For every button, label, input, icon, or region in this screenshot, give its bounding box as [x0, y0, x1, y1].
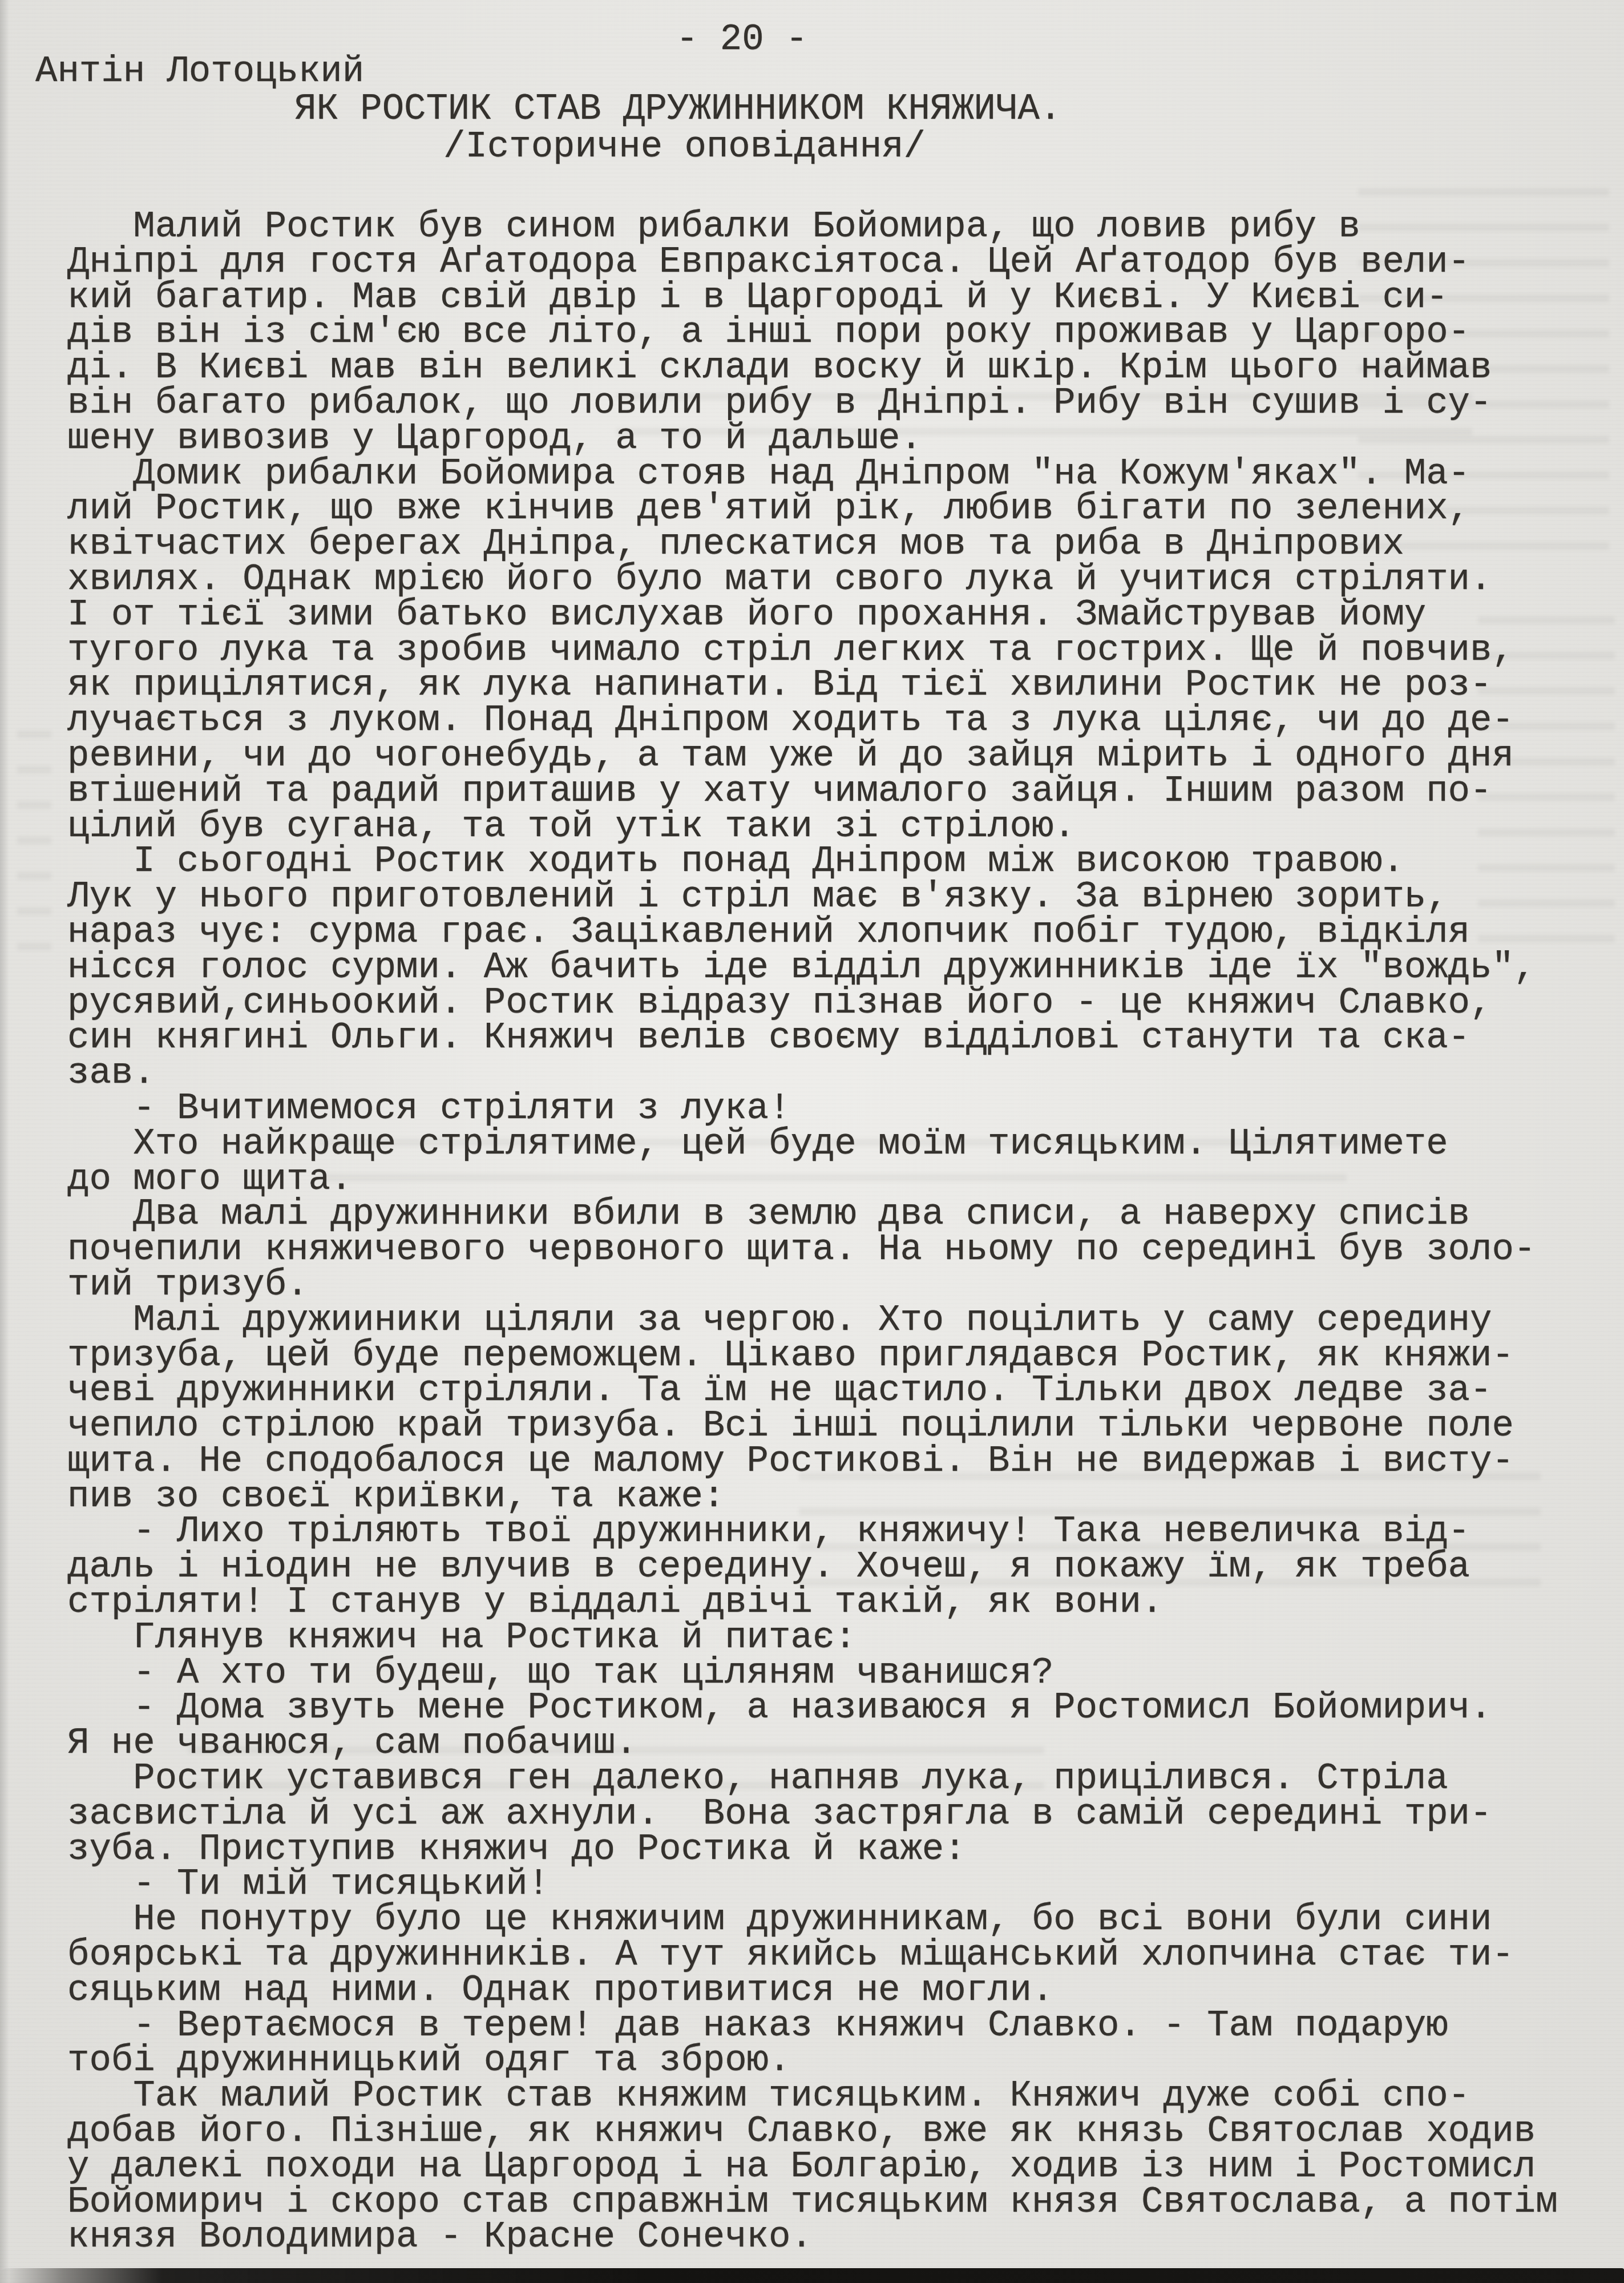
text-line: зуба. Приступив княжич до Ростика й каже…	[67, 1833, 1558, 1868]
story-subtitle: /Історичне оповідання/	[443, 130, 926, 166]
text-line: - Ти мій тисяцький!	[67, 1867, 1558, 1903]
text-line: князя Володимира - Красне Сонечко.	[67, 2220, 1558, 2256]
text-line: ді. В Києві мав він великі склади воску …	[67, 351, 1558, 386]
text-line: тобі дружинницький одяг та зброю.	[67, 2044, 1558, 2079]
text-line: тризуба, цей буде переможцем. Цікаво при…	[67, 1339, 1558, 1374]
text-line: Хто найкраще стрілятиме, цей буде моїм т…	[67, 1127, 1558, 1163]
text-line: хвилях. Однак мрією його було мати свого…	[67, 563, 1558, 598]
text-line: кий багатир. Мав свій двір і в Царгороді…	[67, 281, 1558, 316]
text-line: лий Ростик, що вже кінчив дев'ятий рік, …	[67, 492, 1558, 527]
bleedthrough-smudge	[17, 731, 51, 959]
text-line: дів він із сім'єю все літо, а інші пори …	[67, 316, 1558, 351]
text-line: даль і ніодин не влучив в середину. Хоче…	[67, 1550, 1558, 1586]
text-line: русявий,синьоокий. Ростик відразу пізнав…	[67, 986, 1558, 1022]
text-line: - Вертаємося в терем! дав наказ княжич С…	[67, 2009, 1558, 2044]
text-line: цілий був сугана, та той утік таки зі ст…	[67, 810, 1558, 845]
text-line: - А хто ти будеш, що так ціляням чванишс…	[67, 1656, 1558, 1692]
text-line: шену вивозив у Царгород, а то й дальше.	[67, 422, 1558, 457]
text-line: сяцьким над ними. Однак противитися не м…	[67, 1974, 1558, 2009]
text-line: добав його. Пізніше, як княжич Славко, в…	[67, 2115, 1558, 2150]
text-line: тугого лука та зробив чимало стріл легки…	[67, 634, 1558, 669]
text-line: як прицілятися, як лука напинати. Від ті…	[67, 668, 1558, 704]
text-line: - Лихо тріляють твої дружинники, княжичу…	[67, 1515, 1558, 1550]
text-line: - Дома звуть мене Ростиком, а називаюся …	[67, 1691, 1558, 1727]
text-line: І от тієї зими батько вислухав його прох…	[67, 598, 1558, 634]
text-line: тий тризуб.	[67, 1268, 1558, 1304]
text-line: чеві дружинники стріляли. Та їм не щасти…	[67, 1374, 1558, 1409]
text-line: лучається з луком. Понад Дніпром ходить …	[67, 704, 1558, 739]
text-line: ревини, чи до чогонебудь, а там уже й до…	[67, 739, 1558, 775]
story-text: Малий Ростик був сином рибалки Бойомира,…	[67, 210, 1558, 2256]
text-line: він багато рибалок, що ловили рибу в Дні…	[67, 386, 1558, 422]
text-line: Я не чванюся, сам побачиш.	[67, 1727, 1558, 1762]
text-line: І сьогодні Ростик ходить понад Дніпром м…	[67, 845, 1558, 880]
text-line: боярські та дружинників. А тут якийсь мі…	[67, 1938, 1558, 1974]
text-line: зав.	[67, 1056, 1558, 1092]
text-line: - Вчитимемося стріляти з лука!	[67, 1092, 1558, 1127]
scan-left-edge-shadow	[0, 0, 9, 2283]
text-line: Так малий Ростик став княжим тисяцьким. …	[67, 2079, 1558, 2115]
text-line: Два малі дружинники вбили в землю два сп…	[67, 1197, 1558, 1233]
text-line: у далекі походи на Царгород і на Болгарі…	[67, 2150, 1558, 2185]
text-line: нісся голос сурми. Аж бачить іде відділ …	[67, 951, 1558, 986]
scan-edge-artifact	[0, 2268, 1624, 2283]
text-line: Малий Ростик був сином рибалки Бойомира,…	[67, 210, 1558, 245]
text-line: Лук у нього приготовлений і стріл має в'…	[67, 880, 1558, 915]
text-line: чепило стрілою край тризуба. Всі інші по…	[67, 1409, 1558, 1445]
text-line: Малі дружииники ціляли за чергою. Хто по…	[67, 1304, 1558, 1339]
story-title: ЯК РОСТИК СТАВ ДРУЖИННИКОМ КНЯЖИЧА.	[294, 92, 1061, 128]
page-number: - 20 -	[676, 23, 807, 58]
text-line: почепили княжичевого червоного щита. На …	[67, 1233, 1558, 1268]
text-line: Не понутру було це княжичим дружинникам,…	[67, 1903, 1558, 1938]
text-line: Домик рибалки Бойомира стояв над Дніпром…	[67, 457, 1558, 493]
text-line: пив зо своєї криївки, та каже:	[67, 1480, 1558, 1515]
document-page: - 20 - Антін Лотоцький ЯК РОСТИК СТАВ ДР…	[0, 0, 1624, 2283]
text-line: засвистіла й усі аж ахнули. Вона застряг…	[67, 1797, 1558, 1833]
text-line: Ростик уставився ген далеко, напняв лука…	[67, 1762, 1558, 1797]
text-line: стріляти! І станув у віддалі двічі такій…	[67, 1586, 1558, 1621]
text-line: Глянув княжич на Ростика й питає:	[67, 1621, 1558, 1656]
text-line: нараз чує: сурма грає. Зацікавлений хлоп…	[67, 915, 1558, 951]
text-line: втішений та радий приташив у хату чимало…	[67, 775, 1558, 810]
text-line: до мого щита.	[67, 1163, 1558, 1198]
author-name: Антін Лотоцький	[35, 55, 364, 90]
text-line: щита. Не сподобалося це малому Ростикові…	[67, 1445, 1558, 1480]
text-line: квітчастих берегах Дніпра, плескатися мо…	[67, 527, 1558, 563]
text-line: син княгині Ольги. Княжич велів своєму в…	[67, 1021, 1558, 1056]
text-line: Бойомирич і скоро став справжнім тисяцьк…	[67, 2185, 1558, 2221]
text-line: Дніпрі для гостя Аґатодора Евпраксіятоса…	[67, 245, 1558, 281]
